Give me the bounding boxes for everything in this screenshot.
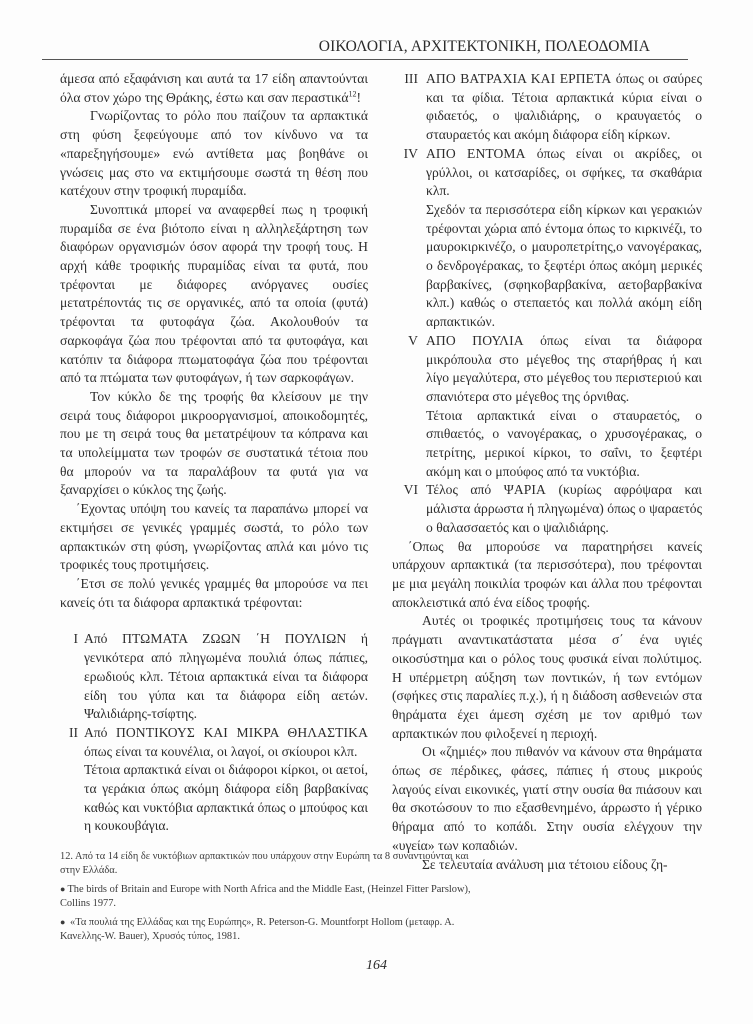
paragraph-end: ! [356, 90, 361, 105]
list-numeral: I [60, 630, 82, 649]
paragraph-damages: Οι «ζημιές» που πιθανόν να κάνουν στα θη… [392, 743, 702, 855]
running-header-title: ΟΙΚΟΛΟΓΙΑ, ΑΡΧΙΤΕΚΤΟΝΙΚΗ, ΠΟΛΕΟΔΟΜΙΑ [42, 38, 688, 56]
right-column: III ΑΠΟ ΒΑΤΡΑΧΙΑ ΚΑΙ ΕΡΠΕΤΑ όπως οι σαύρ… [392, 70, 702, 874]
paragraph-food-cycle: Τον κύκλο δε της τροφής θα κλείσουν με τ… [60, 388, 368, 500]
reference-1: ●The birds of Britain and Europe with No… [60, 882, 480, 911]
paragraph-intro: άμεσα από εξαφάνιση και αυτά τα 17 είδη … [60, 70, 368, 107]
list-lead: Τέλος από [426, 482, 491, 497]
footnotes: 12. Από τα 14 είδη δε νυκτόβιων αρπακτικ… [60, 850, 480, 948]
list-numeral: III [392, 70, 422, 89]
reference-text: The birds of Britain and Europe with Nor… [60, 884, 471, 909]
list-heading: ΠΤΩΜΑΤΑ ΖΩΩΝ ΄Η ΠΟΥΛΙΩΝ [122, 631, 346, 646]
footnote-12: 12. Από τα 14 είδη δε νυκτόβιων αρπακτικ… [60, 850, 480, 878]
paragraph-text: άμεσα από εξαφάνιση και αυτά τα 17 είδη … [60, 71, 368, 105]
list-item-amphibians: III ΑΠΟ ΒΑΤΡΑΧΙΑ ΚΑΙ ΕΡΠΕΤΑ όπως οι σαύρ… [392, 70, 702, 145]
list-item-insects: IV ΑΠΟ ΕΝΤΟΜΑ όπως είναι οι ακρίδες, οι … [392, 145, 702, 332]
list-numeral: VI [392, 481, 422, 500]
list-item-fish: VI Τέλος από ΨΑΡΙΑ (κυρίως αφρόψαρα και … [392, 481, 702, 537]
diet-list-left: I Από ΠΤΩΜΑΤΑ ΖΩΩΝ ΄Η ΠΟΥΛΙΩΝ ή γενικότε… [60, 630, 368, 836]
list-numeral: V [392, 332, 422, 351]
list-heading: ΑΠΟ ΒΑΤΡΑΧΙΑ ΚΑΙ ΕΡΠΕΤΑ [426, 71, 611, 86]
list-item-rodents: II Από ΠΟΝΤΙΚΟΥΣ ΚΑΙ ΜΙΚΡΑ ΘΗΛΑΣΤΙΚΑ όπω… [60, 724, 368, 836]
list-heading: ΑΠΟ ΕΝΤΟΜΑ [426, 146, 526, 161]
list-text: όπως είναι τα κουνέλια, οι λαγοί, οι σκί… [84, 744, 357, 759]
reference-2: ● «Τα πουλιά της Ελλάδας και της Ευρώπης… [60, 915, 480, 944]
header-rule [42, 59, 688, 60]
paragraph-food-pyramid: Συνοπτικά μπορεί να αναφερθεί πως η τροφ… [60, 201, 368, 388]
list-lead: Από [84, 631, 107, 646]
list-extra: Τέτοια αρπακτικά είναι οι διάφοροι κίρκο… [84, 761, 368, 836]
document-page: ΟΙΚΟΛΟΓΙΑ, ΑΡΧΙΤΕΚΤΟΝΙΚΗ, ΠΟΛΕΟΔΟΜΙΑ άμε… [0, 0, 753, 1024]
list-extra: Σχεδόν τα περισσότερα είδη κίρκων και γε… [426, 201, 702, 332]
bullet-icon: ● [60, 915, 65, 929]
paragraph-irreplaceable: Αυτές οι τροφικές προτιμήσεις τους τα κά… [392, 612, 702, 743]
paragraph-general-lines: ΄Ετσι σε πολύ γενικές γραμμές θα μπορούσ… [60, 575, 368, 612]
list-item-carrion: I Από ΠΤΩΜΑΤΑ ΖΩΩΝ ΄Η ΠΟΥΛΙΩΝ ή γενικότε… [60, 630, 368, 724]
paragraph-estimate-role: ΄Εχοντας υπόψη του κανείς τα παραπάνω μπ… [60, 500, 368, 575]
left-column: άμεσα από εξαφάνιση και αυτά τα 17 είδη … [60, 70, 368, 836]
list-heading: ΨΑΡΙΑ [504, 482, 546, 497]
list-heading: ΠΟΝΤΙΚΟΥΣ ΚΑΙ ΜΙΚΡΑ ΘΗΛΑΣΤΙΚΑ [116, 725, 368, 740]
page-number: 164 [0, 958, 753, 974]
list-numeral: IV [392, 145, 422, 164]
reference-text: «Τα πουλιά της Ελλάδας και της Ευρώπης»,… [60, 917, 454, 942]
list-numeral: II [60, 724, 82, 743]
paragraph-knowing-role: Γνωρίζοντας το ρόλο που παίζουν τα αρπακ… [60, 107, 368, 201]
diet-list-right: III ΑΠΟ ΒΑΤΡΑΧΙΑ ΚΑΙ ΕΡΠΕΤΑ όπως οι σαύρ… [392, 70, 702, 538]
list-extra: Τέτοια αρπακτικά είναι ο σταυραετός, ο σ… [426, 407, 702, 482]
paragraph-observation: ΄Οπως θα μπορούσε να παρατηρήσει κανείς … [392, 538, 702, 613]
list-lead: Από [84, 725, 107, 740]
list-heading: ΑΠΟ ΠΟΥΛΙΑ [426, 333, 524, 348]
list-item-birds: V ΑΠΟ ΠΟΥΛΙΑ όπως είναι τα διάφορα μικρό… [392, 332, 702, 482]
bullet-icon: ● [60, 882, 65, 896]
